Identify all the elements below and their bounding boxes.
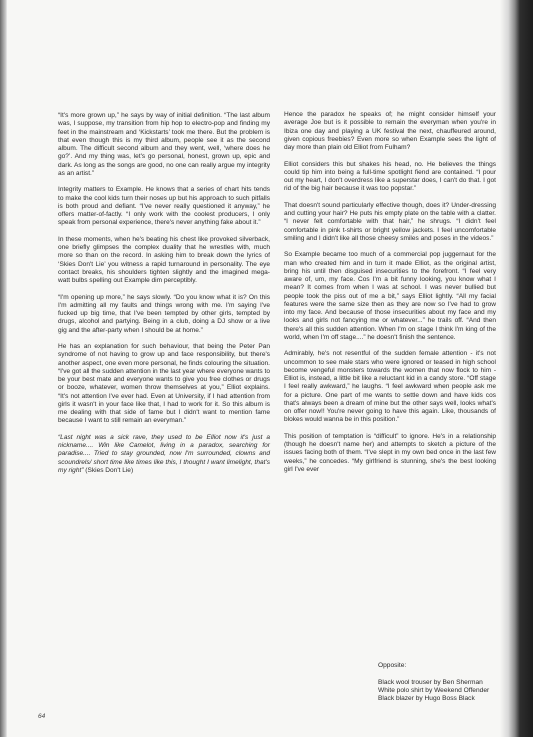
- paragraph: “It's more grown up,” he says by way of …: [58, 112, 270, 178]
- paragraph: In these moments, when he's beating his …: [58, 236, 270, 286]
- credit-item: Black blazer by Hugo Boss Black: [378, 695, 503, 703]
- paragraph: This position of temptation is “difficul…: [284, 433, 496, 474]
- paragraph: So Example became too much of a commerci…: [284, 251, 496, 342]
- page-gutter-shadow: [500, 0, 533, 737]
- paragraph: Admirably, he's not resentful of the sud…: [284, 350, 496, 424]
- lyric-quote-source: (Skies Don't Lie): [85, 467, 133, 474]
- lyric-quote: “Last night was a sick rave, they used t…: [58, 434, 270, 475]
- paragraph: “I'm opening up more,” he says slowly. “…: [58, 294, 270, 335]
- article-right-column: Hence the paradox he speaks of; he might…: [284, 111, 496, 483]
- paragraph: Integrity matters to Example. He knows t…: [58, 186, 270, 227]
- page-left-edge: [0, 0, 7, 737]
- paragraph: Elliot considers this but shakes his hea…: [284, 161, 496, 194]
- fashion-credits: Opposite: Black wool trouser by Ben Sher…: [378, 662, 503, 703]
- credit-item: Black wool trouser by Ben Sherman: [378, 679, 503, 687]
- paragraph: Hence the paradox he speaks of; he might…: [284, 111, 496, 152]
- credit-item: White polo shirt by Weekend Offender: [378, 687, 503, 695]
- credits-title: Opposite:: [378, 662, 503, 670]
- page-number: 64: [38, 713, 45, 720]
- paragraph: That doesn't sound particularly effectiv…: [284, 202, 496, 243]
- paragraph: He has an explanation for such behaviour…: [58, 343, 270, 426]
- article-left-column: “It's more grown up,” he says by way of …: [58, 112, 270, 484]
